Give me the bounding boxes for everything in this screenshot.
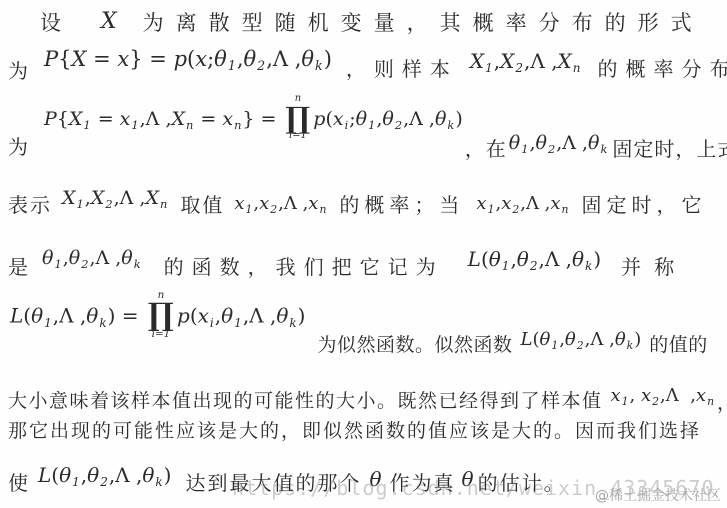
math-formula: x1,x2,Λ ,xn [234,192,327,215]
math-subscript: i [209,316,215,330]
math-variable: X [171,108,185,130]
math-operator: ,Λ , [660,385,696,406]
math-variable: x [333,108,344,130]
math-subscript: 2 [576,339,585,352]
math-operator: ( [23,304,31,328]
math-variable: θ [121,247,132,269]
math-variable: X [72,47,87,71]
math-variable: x [550,193,560,214]
math-variable: P [44,108,57,130]
math-subscript: 1 [550,339,559,352]
math-variable: θ [435,108,446,130]
math-subscript: 1 [484,61,494,75]
math-variable: θ [301,47,314,71]
product-symbol: n∏i=1 [286,94,311,142]
math-variable: θ [539,329,550,350]
math-variable: X [470,49,484,73]
math-operator: ,Λ , [538,247,572,271]
math-variable: X [69,108,83,130]
math-variable: X [62,187,76,209]
math-subscript: 2 [269,203,278,216]
math-variable: θ [588,132,599,154]
chinese-text-run: 取值 [180,194,224,219]
math-operator: ,Λ , [524,49,558,73]
math-subscript: i [344,118,350,132]
math-variable: x [259,193,269,214]
math-subscript: 2 [99,475,109,489]
math-variable: θ [509,132,520,154]
math-variable: θ [142,463,154,487]
math-formula: X [101,8,117,37]
chinese-text-run: ，则样本 [346,58,458,83]
math-operator: ( [187,47,195,71]
chinese-text-run: 为 [8,136,28,161]
line-joint-pmf: 为P{X1 = x1,Λ ,Xn = xn} = n∏i=1p(xi;θ1,θ2… [8,96,727,144]
math-formula: P{X = x} = p(x;θ1,θ2,Λ ,θk) [44,46,332,73]
math-subscript: 1 [76,197,85,211]
chinese-text-run: 作为真 [390,472,456,497]
math-formula: θ [369,466,381,492]
chinese-text-run: 是 [8,256,28,281]
chinese-text-run: 并称 [621,256,687,281]
math-variable: x [117,47,129,71]
math-operator: { [58,47,71,71]
math-subscript: 2 [104,197,113,211]
math-variable: θ [42,247,53,269]
math-operator: } = [129,47,173,71]
math-variable: x [308,193,318,214]
math-operator: , [237,47,244,71]
math-subscript: 2 [529,259,539,273]
math-operator: , [630,385,641,406]
math-variable: θ [517,247,529,271]
math-variable: θ [214,47,227,71]
math-variable: θ [69,247,80,269]
math-subscript: 1 [244,203,253,216]
math-subscript: k [98,316,107,330]
math-formula: L(θ1,Λ ,θk) = n∏i=1p(xi,θ1,Λ ,θk) [10,292,305,342]
math-operator: ,Λ , [278,193,308,214]
math-operator: ( [190,304,198,328]
math-variable: θ [489,247,501,271]
math-formula: X1,X2,Λ ,Xn [470,48,582,74]
chinese-text-run: 大小意味着该样本值出现的可能性的大小。既然已经得到了样本值 [8,390,603,414]
line-reasoning: 那它出现的可能性应该是大的，即似然函数的值应该是大的。因而我们选择 [8,420,701,444]
math-subscript: 1 [487,203,496,216]
math-subscript: n [233,118,242,132]
math-operator: ( [51,463,59,487]
chinese-text-run: 固定时，它 [582,194,707,219]
math-subscript: n [561,203,570,216]
math-variable: θ [86,304,98,328]
math-subscript: 1 [501,259,511,273]
chinese-text-run: 设 [40,10,61,36]
math-subscript: 1 [43,316,53,330]
chinese-text-run: 为离散型随机变量，其概率分布的形式 [143,10,704,36]
chinese-text-run: 的估计。 [478,472,566,497]
math-operator: ,Λ , [109,463,143,487]
math-subscript: 2 [394,118,403,132]
product-glyph: ∏ [148,301,174,330]
math-operator: { [57,108,69,130]
document-page: 设X为离散型随机变量，其概率分布的形式为P{X = x} = p(x;θ1,θ2… [0,0,727,508]
math-subscript: k [133,257,142,271]
math-operator: ( [481,247,489,271]
chinese-text-run: ， [717,392,727,416]
math-variable: x [641,385,651,406]
math-subscript: n [185,118,194,132]
chinese-text-run: 的函数，我们把它记为 [164,256,444,281]
math-operator: ) [593,247,601,271]
math-formula: L(θ1,θ2,Λ ,θk) [38,462,171,488]
math-subscript: 1 [621,395,630,408]
math-operator: ) [455,108,462,130]
math-formula: θ [462,466,474,492]
math-subscript: 1 [233,316,243,330]
math-operator: } = [242,108,282,130]
math-variable: x [501,193,511,214]
product-lower-limit: i=1 [289,131,307,141]
math-variable: X [500,49,514,73]
math-formula: L(θ1,θ2,Λ ,θk) [520,328,641,351]
math-formula: x1,x2,Λ ,xn [476,192,569,215]
math-operator: ,Λ , [585,329,615,350]
line-function-of-theta: 是θ1,θ2,Λ ,θk的函数，我们把它记为L(θ1,θ2,Λ ,θk)并称 [8,246,687,272]
math-variable: p [313,108,325,130]
math-subscript: 2 [547,142,556,156]
line-probability: 表示X1,X2,Λ ,Xn取值x1,x2,Λ ,xn的概率；当x1,x2,Λ ,… [8,186,707,211]
math-variable: L [10,304,23,328]
math-operator: ) [164,463,172,487]
math-variable: P [44,47,58,71]
math-variable: x [611,385,621,406]
math-operator: ,Λ , [266,47,301,71]
math-operator: ,Λ , [520,193,550,214]
math-variable: θ [356,108,367,130]
math-variable: x [476,193,486,214]
math-operator: ) [298,304,306,328]
chinese-text-run: 表示 [8,194,52,219]
math-variable: X [101,9,117,34]
math-subscript: 1 [82,118,91,132]
line-intro: 设X为离散型随机变量，其概率分布的形式 [40,8,704,37]
math-subscript: 1 [227,58,237,73]
math-subscript: n [706,395,715,408]
math-subscript: 1 [71,475,81,489]
product-lower-limit: i=1 [152,329,171,340]
math-subscript: n [159,197,168,211]
math-formula: X1,X2,Λ ,Xn [62,186,168,211]
math-variable: θ [572,247,584,271]
math-operator: ,Λ , [403,108,435,130]
math-operator: ( [325,108,332,130]
math-formula: P{X1 = x1,Λ ,Xn = xn} = n∏i=1p(xi;θ1,θ2,… [44,96,463,144]
math-variable: p [177,304,190,328]
math-subscript: k [446,118,455,132]
math-subscript: n [572,61,582,75]
math-variable: θ [276,304,288,328]
math-subscript: 1 [367,118,376,132]
math-subscript: 1 [520,142,529,156]
math-variable: L [520,329,532,350]
line-meaning: 大小意味着该样本值出现的可能性的大小。既然已经得到了样本值x1, x2,Λ ,x… [8,384,727,408]
math-variable: X [558,49,572,73]
line-pmf: 为P{X = x} = p(x;θ1,θ2,Λ ,θk)，则样本X1,X2,Λ … [8,46,727,73]
math-subscript: 1 [53,257,62,271]
chinese-text-run: ，在 [465,138,507,163]
math-operator: = [194,108,222,130]
math-operator: ,Λ , [114,187,146,209]
chinese-text-run: 为似然函数。似然函数 [317,334,512,358]
math-variable: x [222,108,233,130]
math-variable: x [198,304,209,328]
chinese-text-run: 的值的 [649,334,708,358]
math-subscript: n [318,203,327,216]
math-variable: L [468,247,481,271]
math-variable: θ [462,467,474,491]
chinese-text-run: 达到最大值的那个 [185,472,361,497]
product-symbol: n∏i=1 [148,290,174,340]
math-variable: θ [31,304,43,328]
math-operator: ,Λ , [243,304,277,328]
math-variable: θ [536,132,547,154]
math-variable: x [696,385,706,406]
math-subscript: 1 [130,118,139,132]
math-operator: ) [634,329,641,350]
math-variable: x [234,193,244,214]
math-operator: ,Λ , [89,247,121,269]
math-subscript: k [288,316,297,330]
math-subscript: k [314,58,324,73]
math-variable: L [38,463,51,487]
math-subscript: 2 [514,61,524,75]
watermark-community-badge: @稀土掘金技术社区 [595,485,721,505]
chinese-text-run: 的概率；当 [339,194,464,219]
math-operator: ,Λ , [140,108,172,130]
math-subscript: 2 [256,58,266,73]
math-variable: p [174,47,187,71]
chinese-text-run: 为 [8,60,28,85]
chinese-text-run: 固定时，上式 [612,138,727,163]
math-variable: θ [59,463,71,487]
math-subscript: 2 [511,203,520,216]
math-operator: ) = [108,304,145,328]
chinese-text-run: 那它出现的可能性应该是大的，即似然函数的值应该是大的。因而我们选择 [8,420,701,444]
math-subscript: k [154,475,163,489]
math-variable: x [120,108,131,130]
math-formula: θ1,θ2,Λ ,θk [42,246,142,271]
math-subscript: k [600,142,609,156]
math-variable: θ [369,467,381,491]
math-operator: ,Λ , [53,304,87,328]
math-formula: θ1,θ2,Λ ,θk [509,131,609,156]
math-subscript: 2 [80,257,89,271]
chinese-text-run: 使 [8,472,28,497]
math-variable: θ [382,108,393,130]
math-variable: θ [244,47,257,71]
math-variable: θ [221,304,233,328]
math-variable: X [91,187,105,209]
math-variable: x [195,47,207,71]
line-mle: 使L(θ1,θ2,Λ ,θk)达到最大值的那个θ作为真θ的估计。 [8,458,566,484]
math-variable: X [145,187,159,209]
chinese-text-run: 的概率分布 [598,58,727,83]
math-operator: ) [324,47,332,71]
math-subscript: k [584,259,593,273]
product-glyph: ∏ [286,104,311,131]
math-operator: = [92,108,120,130]
math-variable: θ [565,329,576,350]
math-subscript: k [626,339,635,352]
math-variable: θ [615,329,626,350]
math-subscript: 2 [651,395,660,408]
math-operator: = [86,47,117,71]
math-variable: θ [87,463,99,487]
math-formula: L(θ1,θ2,Λ ,θk) [468,246,601,272]
line-likelihood-def: L(θ1,Λ ,θk) = n∏i=1p(xi,θ1,Λ ,θk)为似然函数。似… [10,292,708,342]
math-formula: x1, x2,Λ ,xn [611,384,716,407]
math-operator: ,Λ , [556,132,588,154]
